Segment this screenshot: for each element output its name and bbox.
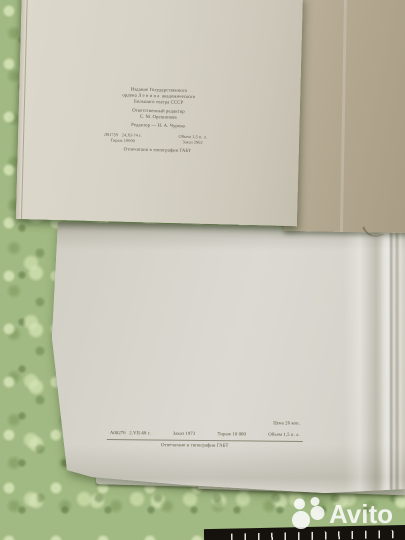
- imprint-code: А00276: [110, 430, 126, 435]
- publisher-line-2a: ордена: [122, 93, 137, 98]
- imprint-volume: Объем 1,5 п. л.: [268, 432, 300, 438]
- imprint-order: Заказ 1973: [173, 431, 195, 437]
- colophon-text: Издание Государственного ордена Ленина а…: [87, 86, 229, 156]
- price-line: Цена 26 коп.: [107, 419, 303, 427]
- avito-watermark: Avito: [291, 496, 393, 532]
- imprint-code-date: А002762.VII-68 г.: [110, 430, 151, 436]
- imprint-right-column: Объем 1,5 п. л. Заказ 2962: [158, 133, 228, 146]
- booklet-imprint-block: Цена 26 коп. А002762.VII-68 г. Заказ 197…: [107, 419, 303, 464]
- editor-line: Редактор — Н. А. Чурова: [88, 122, 228, 131]
- colophon-text-block: Издание Государственного ордена Ленина а…: [89, 86, 229, 166]
- avito-watermark-text: Avito: [329, 501, 393, 527]
- imprint-tirage: Тираж 10000: [88, 137, 158, 144]
- imprint-row: А002762.VII-68 г. Заказ 1973 Тираж 10 00…: [107, 430, 303, 438]
- imprint-order: Заказ 2962: [158, 139, 228, 146]
- imprint-date: 2.VII-68 г.: [129, 431, 150, 436]
- publisher-line-2b: Ленина: [138, 93, 161, 99]
- printed-at-line: Отпечатано в типографии ГАБТ: [87, 146, 227, 155]
- colophon-imprint: Л9175924.XI-74 г. Тираж 10000 Объем 1,5 …: [88, 132, 228, 146]
- printed-at-line: Отпечатано в типографии ГАБТ: [107, 442, 303, 450]
- photo-scene: Цена 26 коп. А002762.VII-68 г. Заказ 197…: [0, 0, 405, 540]
- imprint-tirage: Тираж 10 000: [217, 432, 246, 438]
- book-cover-sheet: [284, 0, 405, 233]
- imprint-code: Л91759: [104, 132, 118, 137]
- booklet-imprint-text: Цена 26 коп. А002762.VII-68 г. Заказ 197…: [107, 419, 303, 450]
- publisher-line-2c: академического: [162, 94, 195, 100]
- imprint-left-column: Л9175924.XI-74 г. Тираж 10000: [88, 132, 158, 145]
- avito-logo-icon: [291, 496, 327, 532]
